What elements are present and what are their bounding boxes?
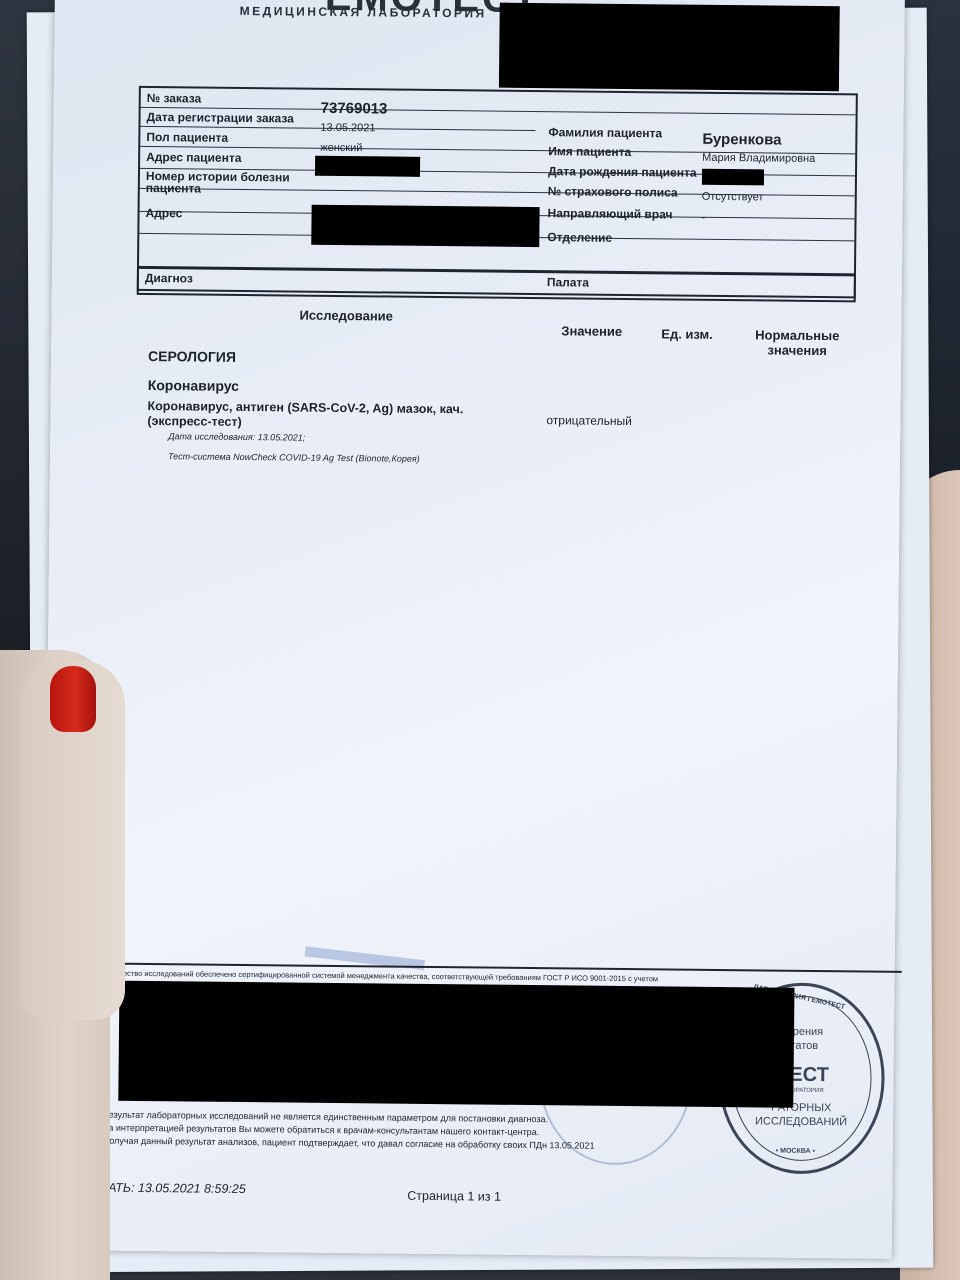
stamp-line-4: ИССЛЕДОВАНИЙ xyxy=(731,1115,871,1128)
redaction-birthdate xyxy=(702,169,764,186)
referring-doctor-value: - xyxy=(701,212,705,224)
col-header-test: Исследование xyxy=(299,308,393,324)
policy-label: № страхового полиса xyxy=(548,184,678,199)
birthdate-label: Дата рождения пациента xyxy=(548,164,697,180)
col-header-unit: Ед. изм. xyxy=(661,326,713,342)
col-header-value: Значение xyxy=(561,323,622,339)
redaction-address xyxy=(311,205,539,247)
address-label: Адрес xyxy=(145,206,182,220)
subsection-coronavirus: Коронавирус xyxy=(148,377,239,394)
test-value: отрицательный xyxy=(546,413,632,428)
patient-address-label: Адрес пациента xyxy=(146,150,241,165)
reg-date-value: 13.05.2021 xyxy=(320,122,375,135)
test-date-note: Дата исследования: 13.05.2021; xyxy=(168,431,305,442)
thumbnail-red xyxy=(50,666,96,732)
sex-value: женский xyxy=(320,142,362,154)
surname-label: Фамилия пациента xyxy=(548,125,662,140)
referring-doctor-label: Направляющий врач xyxy=(548,206,673,221)
lab-report-page: ЕМОТЕСТ МЕДИЦИНСКАЯ ЛАБОРАТОРИЯ № заказа… xyxy=(42,0,905,1259)
test-system-note: Тест-система NowCheck COVID-19 Ag Test (… xyxy=(168,451,420,464)
section-serology: СЕРОЛОГИЯ xyxy=(148,348,236,365)
reg-date-label: Дата регистрации заказа xyxy=(146,110,293,126)
redaction-header xyxy=(499,3,840,92)
col-header-normal: Нормальные значения xyxy=(747,327,847,358)
sex-label: Пол пациента xyxy=(146,130,228,145)
order-number-value: 73769013 xyxy=(321,100,388,118)
logo-subtitle: МЕДИЦИНСКАЯ ЛАБОРАТОРИЯ xyxy=(240,4,487,21)
diagnosis-label: Диагноз xyxy=(145,271,193,286)
name-label: Имя пациента xyxy=(548,144,631,159)
stamp-rim-bottom: • МОСКВА • xyxy=(776,1148,815,1155)
policy-value: Отсутствует xyxy=(702,191,764,204)
department-label: Отделение xyxy=(547,230,612,245)
name-value: Мария Владимировна xyxy=(702,152,815,165)
order-number-label: № заказа xyxy=(147,91,202,106)
surname-value: Буренкова xyxy=(702,131,781,149)
redaction-footer xyxy=(118,981,794,1108)
page-number: Страница 1 из 1 xyxy=(407,1189,501,1204)
test-name: Коронавирус, антиген (SARS-CoV-2, Ag) ма… xyxy=(147,399,527,433)
history-number-label: Номер истории болезни пациента xyxy=(146,170,306,196)
ward-label: Палата xyxy=(547,275,589,289)
redaction-patient-address xyxy=(315,156,420,177)
